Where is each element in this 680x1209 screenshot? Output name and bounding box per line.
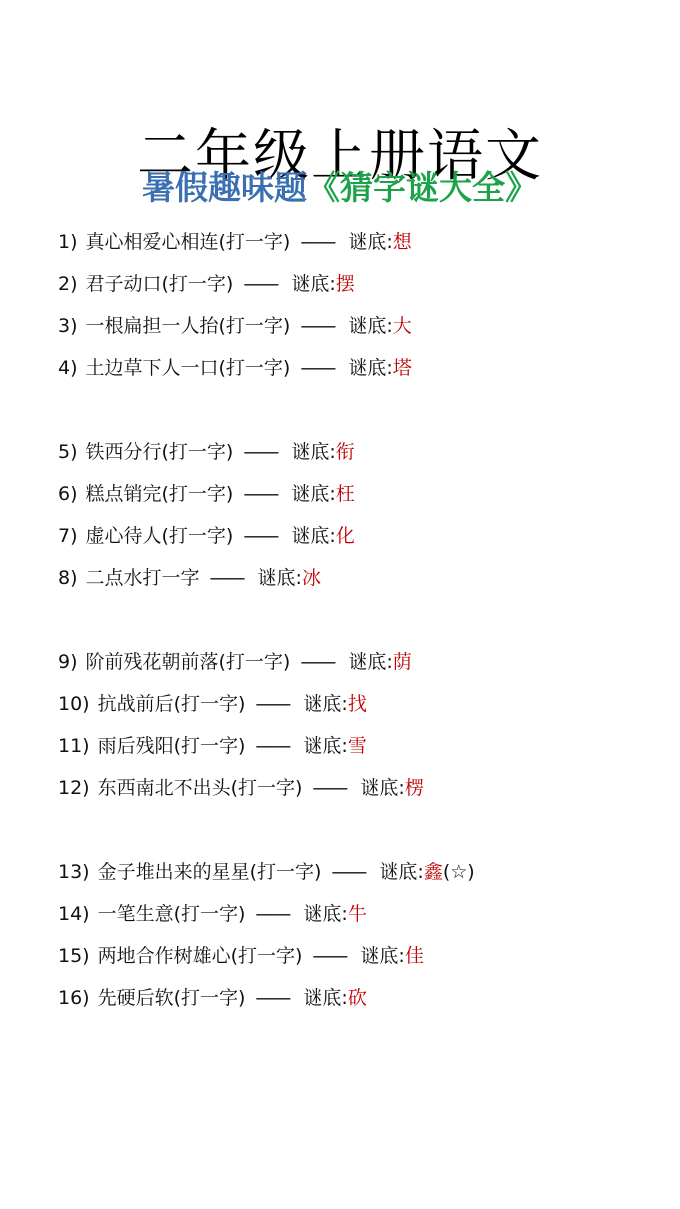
dash-separator: ——: [255, 735, 289, 757]
riddle-question: 东西南北不出头(打一字): [98, 777, 303, 799]
riddle-answer: 化: [336, 525, 355, 547]
riddle-group: 13)金子堆出来的星星(打一字)——谜底:鑫(☆) 14)一笔生意(打一字)——…: [58, 856, 658, 1024]
answer-label: 谜底:: [291, 483, 335, 505]
riddle-group: 5)铁西分行(打一字)——谜底:衔 6)糕点销完(打一字)——谜底:枉 7)虚心…: [58, 436, 658, 604]
dash-separator: ——: [255, 987, 289, 1009]
answer-label: 谜底:: [291, 441, 335, 463]
riddle-question: 虚心待人(打一字): [86, 525, 234, 547]
riddle-question: 抗战前后(打一字): [98, 693, 246, 715]
riddle-question: 一根扁担一人抬(打一字): [86, 315, 291, 337]
riddle-item: 9)阶前残花朝前落(打一字)——谜底:荫: [58, 646, 658, 688]
answer-label: 谜底:: [303, 735, 347, 757]
riddle-item: 10)抗战前后(打一字)——谜底:找: [58, 688, 658, 730]
riddle-answer: 鑫: [424, 861, 443, 883]
answer-label: 谜底:: [291, 525, 335, 547]
riddle-item: 4)土边草下人一口(打一字)——谜底:塔: [58, 352, 658, 394]
riddle-answer: 大: [393, 315, 412, 337]
answer-label: 谜底:: [360, 945, 404, 967]
dash-separator: ——: [243, 273, 277, 295]
riddle-question: 一笔生意(打一字): [98, 903, 246, 925]
dash-separator: ——: [243, 441, 277, 463]
riddle-item: 11)雨后残阳(打一字)——谜底:雪: [58, 730, 658, 772]
riddle-question: 糕点销完(打一字): [86, 483, 234, 505]
riddle-question: 铁西分行(打一字): [86, 441, 234, 463]
riddle-number: 13): [58, 861, 90, 883]
riddle-question: 真心相爱心相连(打一字): [86, 231, 291, 253]
answer-label: 谜底:: [348, 315, 392, 337]
riddle-item: 5)铁西分行(打一字)——谜底:衔: [58, 436, 658, 478]
riddle-item: 15)两地合作树雄心(打一字)——谜底:佳: [58, 940, 658, 982]
riddle-answer: 找: [348, 693, 367, 715]
riddle-group: 9)阶前残花朝前落(打一字)——谜底:荫 10)抗战前后(打一字)——谜底:找 …: [58, 646, 658, 814]
riddle-answer: 想: [393, 231, 412, 253]
riddle-question: 二点水打一字: [86, 567, 200, 589]
riddle-question: 金子堆出来的星星(打一字): [98, 861, 322, 883]
riddle-number: 10): [58, 693, 90, 715]
riddle-answer: 衔: [336, 441, 355, 463]
riddle-number: 9): [58, 651, 78, 673]
riddle-question: 阶前残花朝前落(打一字): [86, 651, 291, 673]
dash-separator: ——: [243, 483, 277, 505]
riddle-number: 11): [58, 735, 90, 757]
dash-separator: ——: [243, 525, 277, 547]
riddle-number: 7): [58, 525, 78, 547]
riddle-item: 7)虚心待人(打一字)——谜底:化: [58, 520, 658, 562]
riddle-number: 15): [58, 945, 90, 967]
riddle-answer: 牛: [348, 903, 367, 925]
dash-separator: ——: [300, 651, 334, 673]
dash-separator: ——: [312, 777, 346, 799]
riddle-item: 6)糕点销完(打一字)——谜底:枉: [58, 478, 658, 520]
riddle-number: 1): [58, 231, 78, 253]
riddle-number: 4): [58, 357, 78, 379]
riddle-number: 14): [58, 903, 90, 925]
answer-label: 谜底:: [303, 903, 347, 925]
dash-separator: ——: [312, 945, 346, 967]
riddle-item: 14)一笔生意(打一字)——谜底:牛: [58, 898, 658, 940]
answer-label: 谜底:: [303, 987, 347, 1009]
riddle-number: 2): [58, 273, 78, 295]
riddle-item: 3)一根扁担一人抬(打一字)——谜底:大: [58, 310, 658, 352]
answer-label: 谜底:: [348, 357, 392, 379]
dash-separator: ——: [331, 861, 365, 883]
riddle-item: 1)真心相爱心相连(打一字)——谜底:想: [58, 226, 658, 268]
subtitle-riddle-collection: 《猜字谜大全》: [307, 168, 538, 207]
answer-label: 谜底:: [291, 273, 335, 295]
riddle-answer: 冰: [302, 567, 321, 589]
riddle-question: 两地合作树雄心(打一字): [98, 945, 303, 967]
dash-separator: ——: [300, 315, 334, 337]
answer-label: 谜底:: [303, 693, 347, 715]
riddle-answer: 雪: [348, 735, 367, 757]
riddle-number: 16): [58, 987, 90, 1009]
riddle-answer: 枉: [336, 483, 355, 505]
riddle-list: 1)真心相爱心相连(打一字)——谜底:想 2)君子动口(打一字)——谜底:摆 3…: [58, 226, 658, 1066]
answer-label: 谜底:: [258, 567, 302, 589]
riddle-answer: 摆: [336, 273, 355, 295]
riddle-item: 13)金子堆出来的星星(打一字)——谜底:鑫(☆): [58, 856, 658, 898]
riddle-answer: 砍: [348, 987, 367, 1009]
riddle-number: 6): [58, 483, 78, 505]
dash-separator: ——: [255, 693, 289, 715]
dash-separator: ——: [300, 357, 334, 379]
riddle-item: 2)君子动口(打一字)——谜底:摆: [58, 268, 658, 310]
dash-separator: ——: [210, 567, 244, 589]
subtitle: 暑假趣味题《猜字谜大全》: [0, 166, 680, 210]
riddle-question: 雨后残阳(打一字): [98, 735, 246, 757]
answer-suffix: (☆): [443, 861, 475, 883]
answer-label: 谜底:: [348, 651, 392, 673]
dash-separator: ——: [300, 231, 334, 253]
riddle-question: 君子动口(打一字): [86, 273, 234, 295]
riddle-item: 8)二点水打一字——谜底:冰: [58, 562, 658, 604]
riddle-number: 12): [58, 777, 90, 799]
riddle-group: 1)真心相爱心相连(打一字)——谜底:想 2)君子动口(打一字)——谜底:摆 3…: [58, 226, 658, 394]
riddle-question: 先硬后软(打一字): [98, 987, 246, 1009]
riddle-number: 8): [58, 567, 78, 589]
riddle-answer: 荫: [393, 651, 412, 673]
riddle-item: 16)先硬后软(打一字)——谜底:砍: [58, 982, 658, 1024]
answer-label: 谜底:: [348, 231, 392, 253]
answer-label: 谜底:: [379, 861, 423, 883]
dash-separator: ——: [255, 903, 289, 925]
riddle-number: 5): [58, 441, 78, 463]
riddle-answer: 楞: [405, 777, 424, 799]
riddle-answer: 塔: [393, 357, 412, 379]
subtitle-summer-fun: 暑假趣味题: [142, 168, 307, 207]
riddle-answer: 佳: [405, 945, 424, 967]
answer-label: 谜底:: [360, 777, 404, 799]
riddle-number: 3): [58, 315, 78, 337]
riddle-item: 12)东西南北不出头(打一字)——谜底:楞: [58, 772, 658, 814]
riddle-question: 土边草下人一口(打一字): [86, 357, 291, 379]
